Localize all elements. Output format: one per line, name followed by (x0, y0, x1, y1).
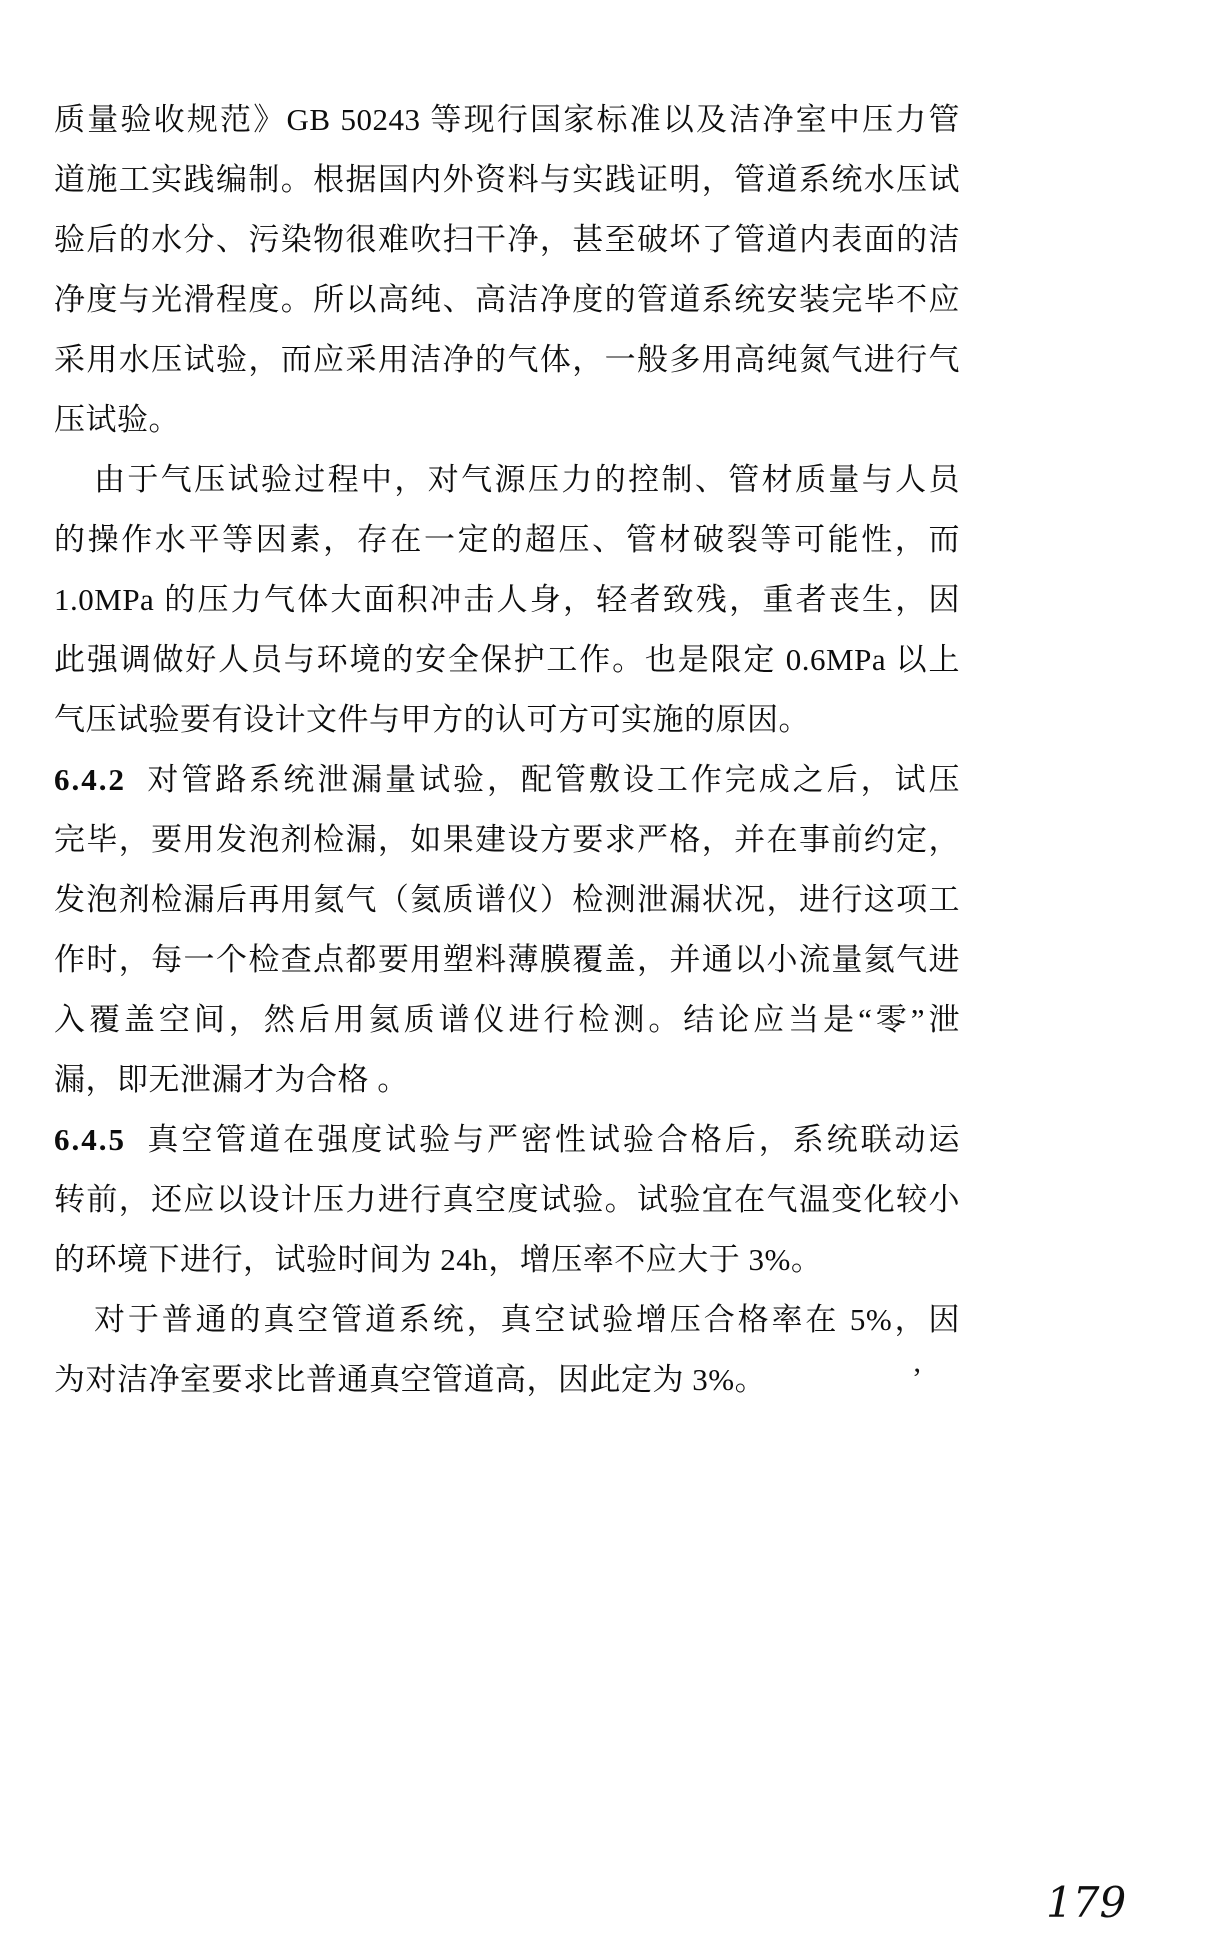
text-line: 压试验。 (54, 390, 960, 450)
text-segment: 此强调做好人员与环境的安全保护工作。也是限定 0.6MPa 以上 (54, 642, 960, 677)
text-segment: 采用水压试验，而应采用洁净的气体，一般多用高纯氮气进行气 (54, 342, 960, 377)
text-segment: 的环境下进行，试验时间为 24h，增压率不应大于 3%。 (54, 1242, 822, 1277)
text-line: 由于气压试验过程中，对气源压力的控制、管材质量与人员 (54, 450, 960, 510)
document-page: 质量验收规范》GB 50243 等现行国家标准以及洁净室中压力管道施工实践编制。… (0, 0, 1216, 1950)
text-segment: 漏，即无泄漏才为合格 。 (54, 1062, 409, 1097)
body-text: 质量验收规范》GB 50243 等现行国家标准以及洁净室中压力管道施工实践编制。… (54, 90, 960, 1410)
text-segment: 真空管道在强度试验与严密性试验合格后，系统联动运 (126, 1122, 960, 1157)
ink-speck-mark: ’ (912, 1362, 922, 1396)
text-segment: 净度与光滑程度。所以高纯、高洁净度的管道系统安装完毕不应 (54, 282, 960, 317)
text-line: 的环境下进行，试验时间为 24h，增压率不应大于 3%。 (54, 1230, 960, 1290)
text-segment: 对于普通的真空管道系统，真空试验增压合格率在 5%，因 (94, 1302, 960, 1337)
text-line: 质量验收规范》GB 50243 等现行国家标准以及洁净室中压力管 (54, 90, 960, 150)
text-line: 1.0MPa 的压力气体大面积冲击人身，轻者致残，重者丧生，因 (54, 570, 960, 630)
text-line: 入覆盖空间，然后用氦质谱仪进行检测。结论应当是“零”泄 (54, 990, 960, 1050)
text-segment: 质量验收规范》GB 50243 等现行国家标准以及洁净室中压力管 (54, 102, 960, 137)
text-line: 净度与光滑程度。所以高纯、高洁净度的管道系统安装完毕不应 (54, 270, 960, 330)
text-segment: 的操作水平等因素，存在一定的超压、管材破裂等可能性，而 (54, 522, 960, 557)
text-segment: 1.0MPa 的压力气体大面积冲击人身，轻者致残，重者丧生，因 (54, 582, 960, 617)
text-segment: 道施工实践编制。根据国内外资料与实践证明，管道系统水压试 (54, 162, 960, 197)
text-segment: 气压试验要有设计文件与甲方的认可方可实施的原因。 (54, 702, 810, 737)
text-segment: 验后的水分、污染物很难吹扫干净，甚至破坏了管道内表面的洁 (54, 222, 960, 257)
text-segment: 作时，每一个检查点都要用塑料薄膜覆盖，并通以小流量氦气进 (54, 942, 960, 977)
text-line: 为对洁净室要求比普通真空管道高，因此定为 3%。 (54, 1350, 960, 1410)
section-number: 6.4.5 (54, 1122, 126, 1157)
text-line: 完毕，要用发泡剂检漏，如果建设方要求严格，并在事前约定， (54, 810, 960, 870)
text-line: 验后的水分、污染物很难吹扫干净，甚至破坏了管道内表面的洁 (54, 210, 960, 270)
text-segment: 转前，还应以设计压力进行真空度试验。试验宜在气温变化较小 (54, 1182, 960, 1217)
page-number: 179 (1046, 1878, 1126, 1927)
text-line: 发泡剂检漏后再用氦气（氦质谱仪）检测泄漏状况，进行这项工 (54, 870, 960, 930)
text-line: 气压试验要有设计文件与甲方的认可方可实施的原因。 (54, 690, 960, 750)
text-segment: 对管路系统泄漏量试验，配管敷设工作完成之后，试压 (126, 762, 960, 797)
text-line: 对于普通的真空管道系统，真空试验增压合格率在 5%，因 (54, 1290, 960, 1350)
text-line: 6.4.5 真空管道在强度试验与严密性试验合格后，系统联动运 (54, 1110, 960, 1170)
text-line: 采用水压试验，而应采用洁净的气体，一般多用高纯氮气进行气 (54, 330, 960, 390)
text-line: 作时，每一个检查点都要用塑料薄膜覆盖，并通以小流量氦气进 (54, 930, 960, 990)
text-segment: 入覆盖空间，然后用氦质谱仪进行检测。结论应当是“零”泄 (54, 1002, 960, 1037)
text-line: 转前，还应以设计压力进行真空度试验。试验宜在气温变化较小 (54, 1170, 960, 1230)
text-segment: 为对洁净室要求比普通真空管道高，因此定为 3%。 (54, 1362, 766, 1397)
text-line: 此强调做好人员与环境的安全保护工作。也是限定 0.6MPa 以上 (54, 630, 960, 690)
text-segment: 完毕，要用发泡剂检漏，如果建设方要求严格，并在事前约定， (54, 822, 960, 857)
text-line: 6.4.2 对管路系统泄漏量试验，配管敷设工作完成之后，试压 (54, 750, 960, 810)
text-segment: 压试验。 (54, 402, 180, 437)
text-line: 道施工实践编制。根据国内外资料与实践证明，管道系统水压试 (54, 150, 960, 210)
text-segment: 发泡剂检漏后再用氦气（氦质谱仪）检测泄漏状况，进行这项工 (54, 882, 960, 917)
section-number: 6.4.2 (54, 762, 126, 797)
text-segment: 由于气压试验过程中，对气源压力的控制、管材质量与人员 (94, 462, 960, 497)
text-line: 的操作水平等因素，存在一定的超压、管材破裂等可能性，而 (54, 510, 960, 570)
text-line: 漏，即无泄漏才为合格 。 (54, 1050, 960, 1110)
